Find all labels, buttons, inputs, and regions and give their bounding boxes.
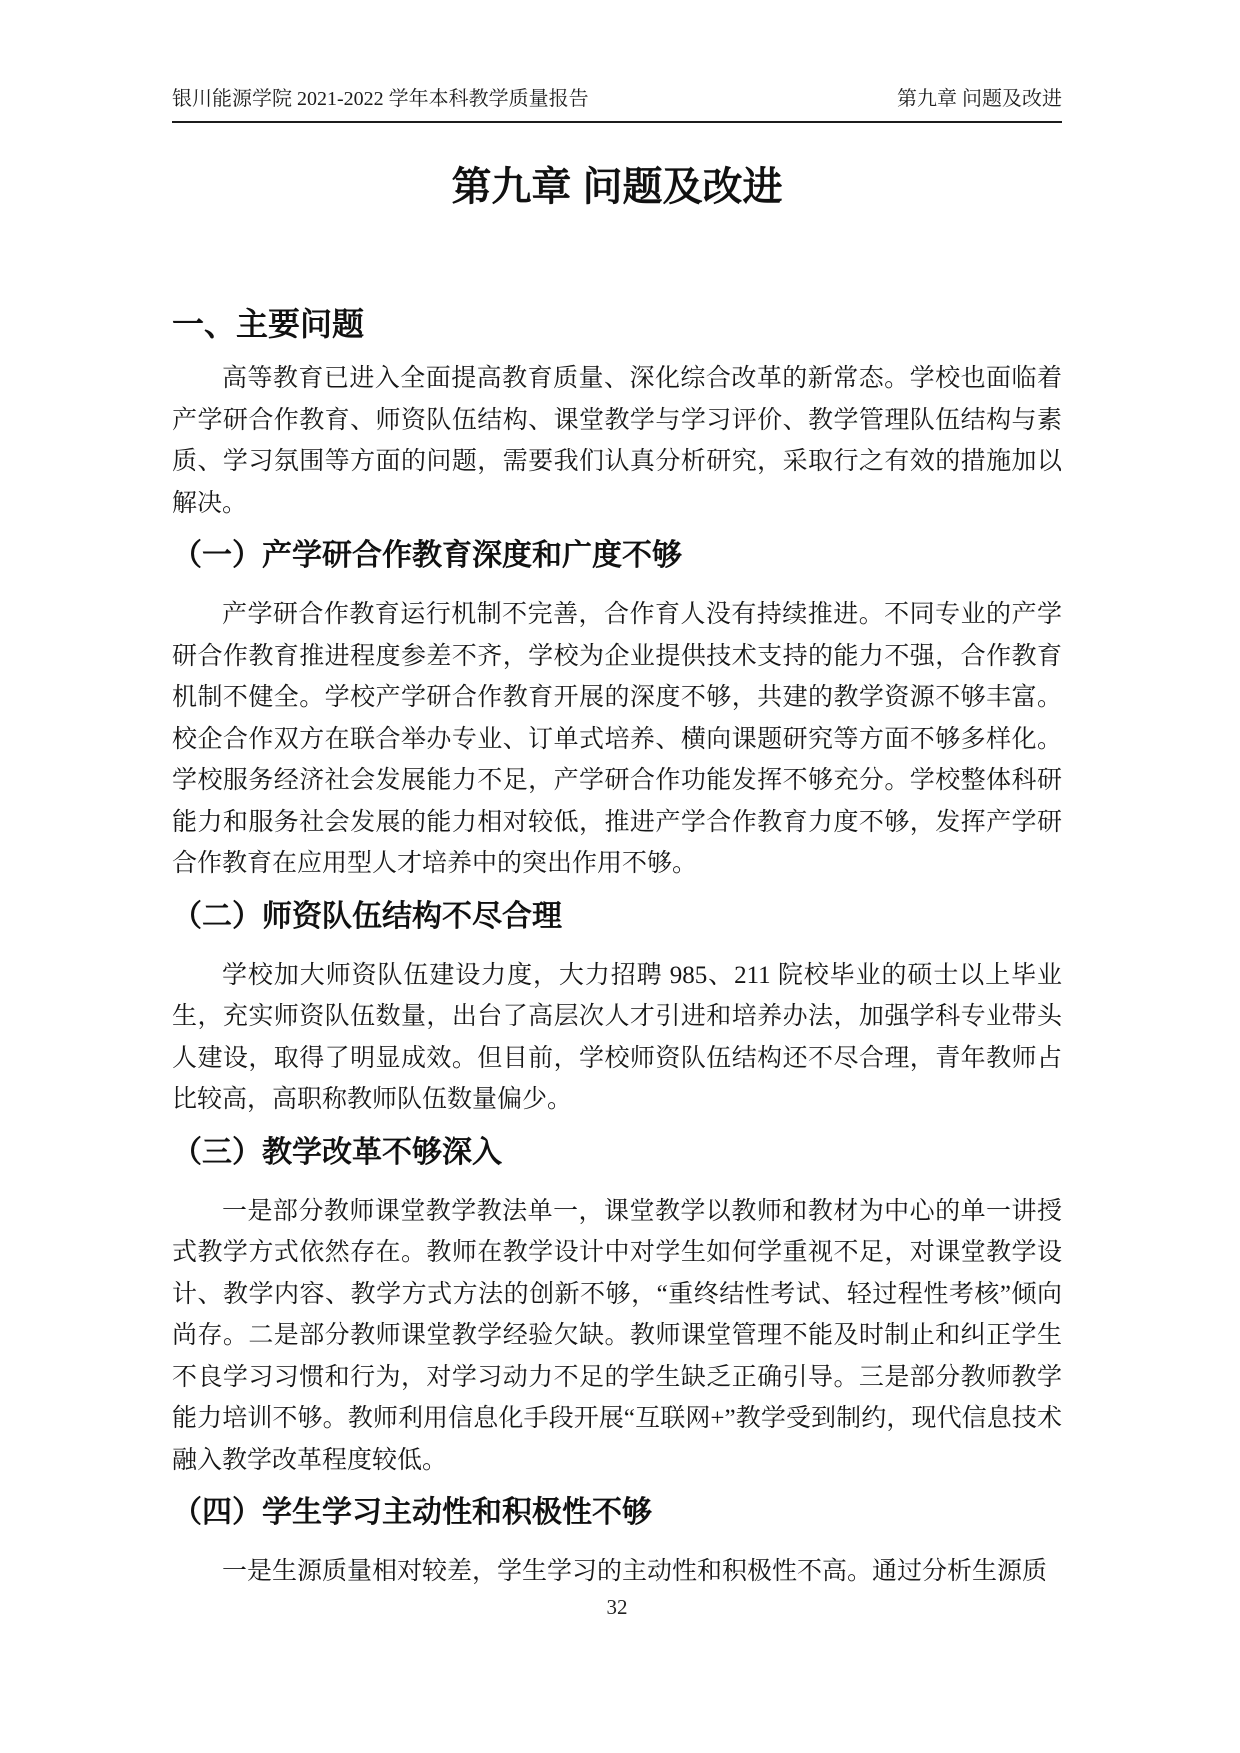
page-number: 32 [607,1595,628,1619]
running-header-left: 银川能源学院 2021-2022 学年本科教学质量报告 [172,86,589,112]
content-column: 银川能源学院 2021-2022 学年本科教学质量报告 第九章 问题及改进 第九… [172,0,1062,1593]
subsection-body-2: 学校加大师资队伍建设力度，大力招聘 985、211 院校毕业的硕士以上毕业生，充… [172,955,1062,1121]
subsection-body-4: 一是生源质量相对较差，学生学习的主动性和积极性不高。通过分析生源质 [172,1551,1062,1593]
section-heading-main-problems: 一、主要问题 [172,306,1062,342]
subsection-heading-4: （四）学生学习主动性和积极性不够 [172,1495,1062,1531]
subsection-body-1: 产学研合作教育运行机制不完善，合作育人没有持续推进。不同专业的产学研合作教育推进… [172,594,1062,885]
subsection-heading-3: （三）教学改革不够深入 [172,1135,1062,1171]
page-footer: 32 [172,1594,1062,1620]
chapter-title: 第九章 问题及改进 [172,165,1062,209]
running-header-right: 第九章 问题及改进 [897,86,1062,112]
running-header: 银川能源学院 2021-2022 学年本科教学质量报告 第九章 问题及改进 [172,0,1062,123]
subsection-heading-1: （一）产学研合作教育深度和广度不够 [172,538,1062,574]
intro-paragraph: 高等教育已进入全面提高教育质量、深化综合改革的新常态。学校也面临着产学研合作教育… [172,358,1062,524]
document-page: 银川能源学院 2021-2022 学年本科教学质量报告 第九章 问题及改进 第九… [0,0,1240,1753]
subsection-heading-2: （二）师资队伍结构不尽合理 [172,899,1062,935]
subsection-body-3: 一是部分教师课堂教学教法单一，课堂教学以教师和教材为中心的单一讲授式教学方式依然… [172,1191,1062,1482]
